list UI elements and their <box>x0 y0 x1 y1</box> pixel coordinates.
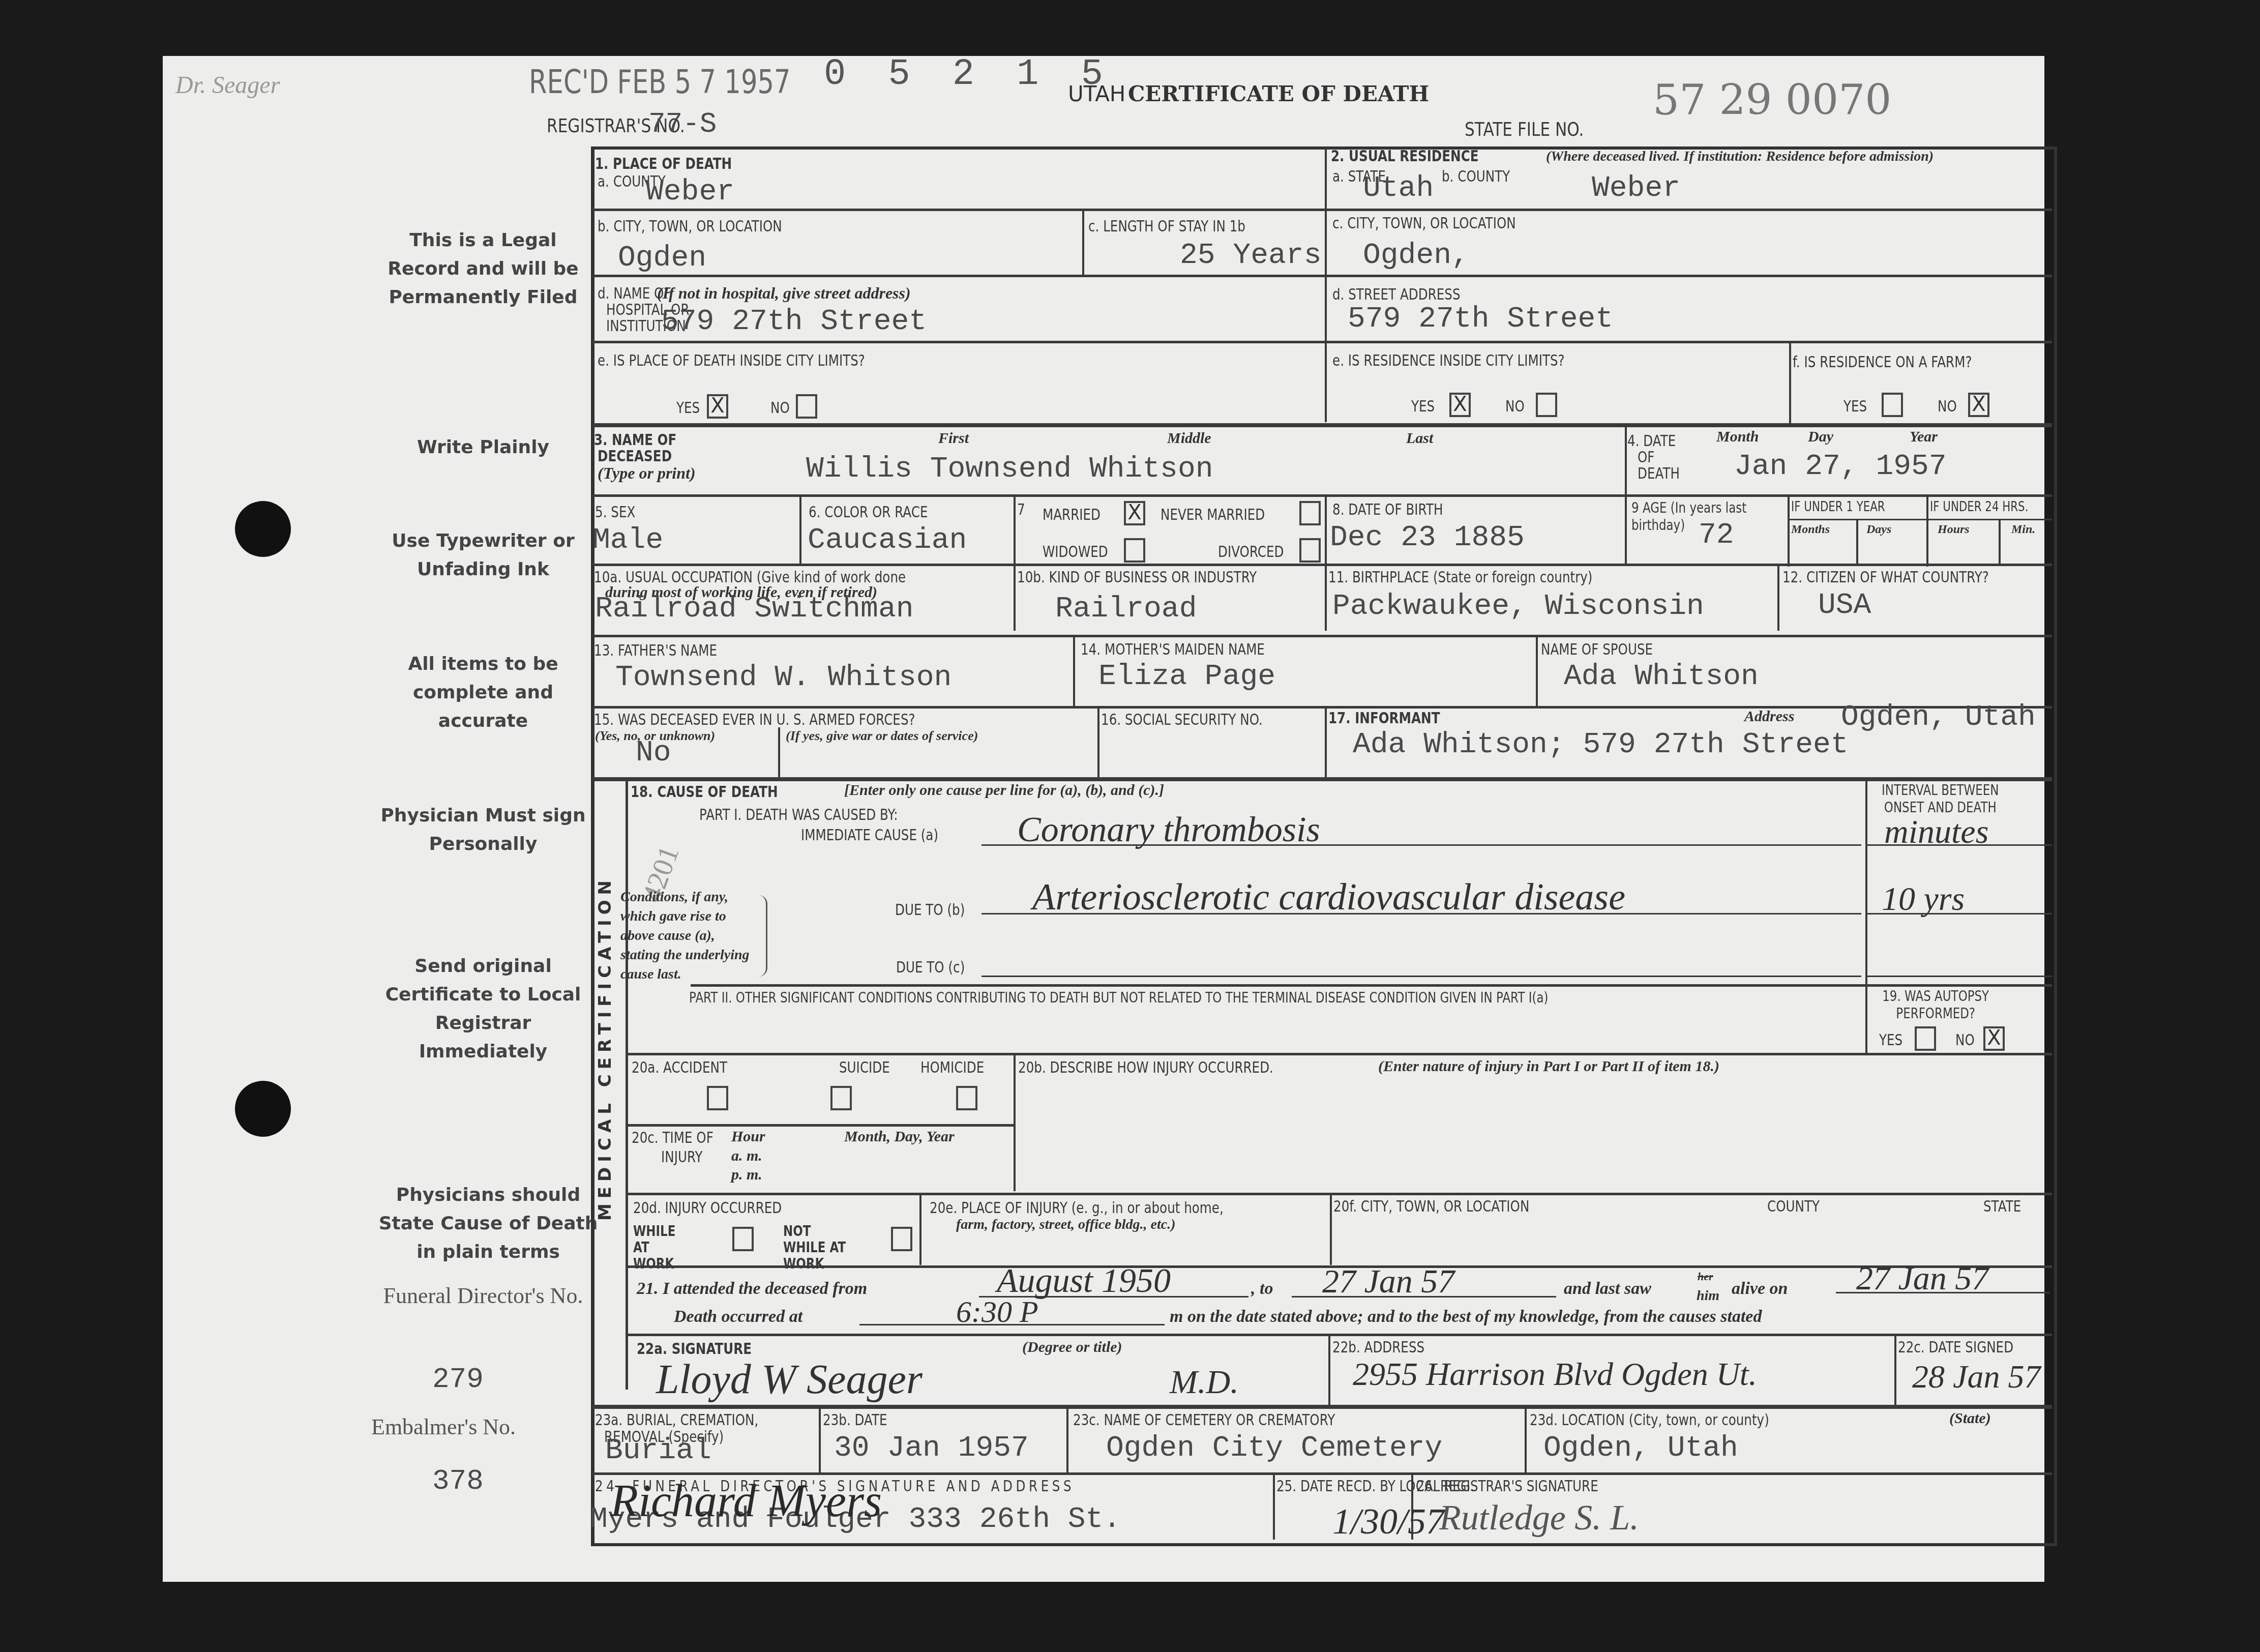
am-label: a. m. <box>731 1147 762 1165</box>
divider <box>1865 779 1867 1054</box>
informant-city-value: Ogden, Utah <box>1841 701 2036 734</box>
divider <box>1273 1473 1275 1540</box>
usual-residence-hint: (Where deceased lived. If institution: R… <box>1546 149 1934 165</box>
injury-state-label: STATE <box>1983 1198 2021 1216</box>
her-label: her <box>1698 1270 1713 1283</box>
death-occurred-at-value: 6:30 P <box>956 1294 1038 1330</box>
industry-label: 10b. KIND OF BUSINESS OR INDUSTRY <box>1017 569 1257 586</box>
length-of-stay-label: c. LENGTH OF STAY IN 1b <box>1088 218 1245 235</box>
divider <box>1926 495 1928 567</box>
state-file-label: STATE FILE NO. <box>1465 118 1584 140</box>
divider <box>592 209 2052 211</box>
divider <box>1325 495 1327 565</box>
divider <box>1325 565 1327 631</box>
attended-label: 21. I attended the deceased from <box>637 1279 867 1299</box>
usual-residence-heading: 2. USUAL RESIDENCE <box>1331 147 1479 165</box>
place-injury-hint: farm, factory, street, office bldg., etc… <box>956 1217 1176 1233</box>
divider <box>819 1408 821 1474</box>
deceased-name-label-2: DECEASED <box>598 448 672 465</box>
injury-occurred-label: 20d. INJURY OCCURRED <box>633 1199 782 1217</box>
mother-name-value: Eliza Page <box>1098 660 1275 693</box>
pm-label: p. m. <box>731 1166 762 1184</box>
spouse-label: NAME OF SPOUSE <box>1541 641 1653 659</box>
sex-label: 5. SEX <box>595 504 635 521</box>
divider <box>1014 565 1016 631</box>
embalmer-label: Embalmer's No. <box>371 1414 516 1440</box>
cause-hint: [Enter only one cause per line for (a), … <box>844 782 1164 799</box>
divider <box>627 1334 2052 1336</box>
autopsy-yes-checkbox[interactable] <box>1915 1026 1936 1051</box>
divider <box>1014 495 1016 565</box>
married-checkbox[interactable]: X <box>1124 501 1145 525</box>
date-signed-value: 28 Jan 57 <box>1912 1358 2040 1396</box>
under-24-hours-label: IF UNDER 24 HRS. <box>1930 499 2028 515</box>
divider <box>1525 1408 1527 1474</box>
bracket <box>759 895 767 977</box>
received-stamp: REC'D FEB 5 7 1957 <box>529 64 791 101</box>
industry-value: Railroad <box>1055 593 1197 626</box>
divider <box>627 1053 2052 1055</box>
residence-farm-label: f. IS RESIDENCE ON A FARM? <box>1793 353 1972 371</box>
document-title: UTAH CERTIFICATE OF DEATH <box>1068 81 1429 106</box>
marital-status-number: 7 <box>1017 501 1025 519</box>
physician-degree: M.D. <box>1170 1363 1239 1402</box>
attendance-statement: m on the date stated above; and to the b… <box>1170 1307 1762 1326</box>
death-inside-yes-label: YES <box>676 399 700 417</box>
sidebar-note-send: Send original Certificate to Local Regis… <box>376 952 590 1066</box>
residence-city-value: Ogden, <box>1363 239 1469 272</box>
place-of-death-heading: 1. PLACE OF DEATH <box>595 155 732 173</box>
sidebar-note-legal: This is a Legal Record and will be Perma… <box>376 226 590 312</box>
residence-inside-yes-checkbox[interactable]: X <box>1449 393 1471 417</box>
sidebar-note-cause: Physicians should State Cause of Death i… <box>376 1181 600 1266</box>
divider <box>1856 520 1858 566</box>
armed-service-hint: (If yes, give war or dates of service) <box>786 728 978 744</box>
immediate-cause-label: IMMEDIATE CAUSE (a) <box>801 827 938 844</box>
deceased-name-label: 3. NAME OF <box>594 431 676 449</box>
homicide-label: HOMICIDE <box>920 1059 984 1077</box>
divider <box>1788 519 2052 520</box>
hospital-value: 579 27th Street <box>661 305 927 338</box>
residence-inside-no-label: NO <box>1505 398 1525 416</box>
farm-no-checkbox[interactable]: X <box>1968 393 1989 417</box>
alive-on-label: alive on <box>1732 1279 1788 1299</box>
divider <box>592 494 2052 497</box>
physician-address-label: 22b. ADDRESS <box>1332 1339 1424 1356</box>
deceased-name-hint: (Type or print) <box>598 464 696 483</box>
death-inside-limits-label: e. IS PLACE OF DEATH INSIDE CITY LIMITS? <box>598 352 865 370</box>
residence-inside-no-checkbox[interactable] <box>1536 393 1557 417</box>
days-label: Days <box>1866 523 1891 537</box>
last-name-label: Last <box>1406 430 1433 447</box>
residence-street-label: d. STREET ADDRESS <box>1332 286 1461 304</box>
hour-label: Hour <box>731 1128 765 1145</box>
farm-yes-checkbox[interactable] <box>1882 393 1903 417</box>
divider <box>1325 707 1327 778</box>
divider <box>1866 913 2052 914</box>
due-to-b-value: Arteriosclerotic cardiovascular disease <box>1032 876 1625 919</box>
describe-injury-label: 20b. DESCRIBE HOW INJURY OCCURRED. <box>1018 1059 1273 1077</box>
divider <box>592 275 2052 277</box>
title-text: CERTIFICATE OF DEATH <box>1128 81 1429 106</box>
race-value: Caucasian <box>808 524 967 557</box>
divider <box>1866 976 2052 977</box>
part2-label: PART II. OTHER SIGNIFICANT CONDITIONS CO… <box>689 989 1548 1006</box>
accident-label: 20a. ACCIDENT <box>632 1059 727 1077</box>
death-inside-yes-checkbox[interactable]: X <box>707 394 728 419</box>
mother-name-label: 14. MOTHER'S MAIDEN NAME <box>1081 641 1265 659</box>
occupation-value: Railroad Switchman <box>595 593 914 626</box>
physician-address-value: 2955 Harrison Blvd Ogden Ut. <box>1353 1355 1757 1393</box>
accident-checkbox[interactable] <box>707 1086 728 1110</box>
divorced-label: DIVORCED <box>1218 543 1284 561</box>
immediate-cause-value: Coronary thrombosis <box>1017 810 1320 850</box>
title-prefix: UTAH <box>1068 81 1125 106</box>
divider <box>1330 1194 1332 1265</box>
sidebar-note-typewriter: Use Typewriter or Unfading Ink <box>376 527 590 584</box>
not-while-at-work-checkbox[interactable] <box>891 1227 912 1251</box>
divider <box>1014 1054 1016 1191</box>
disposition-label: 23a. BURIAL, CREMATION, <box>595 1411 758 1429</box>
divider <box>592 635 2052 637</box>
residence-county-label: b. COUNTY <box>1442 168 1510 186</box>
embalmer-number: 378 <box>432 1465 484 1497</box>
residence-county-value: Weber <box>1592 172 1680 205</box>
medical-certification-side-label: MEDICAL CERTIFICATION <box>595 875 615 1221</box>
time-injury-label: 20c. TIME OF <box>632 1129 713 1147</box>
months-label: Months <box>1791 523 1830 537</box>
alive-on-value: 27 Jan 57 <box>1856 1259 1988 1298</box>
divider <box>592 423 2052 427</box>
armed-forces-label: 15. WAS DECEASED EVER IN U. S. ARMED FOR… <box>594 711 915 729</box>
sex-value: Male <box>592 524 663 557</box>
cause-heading: 18. CAUSE OF DEATH <box>631 783 778 801</box>
divider <box>1097 707 1099 778</box>
residence-state-value: Utah <box>1363 172 1434 205</box>
corner-note: Dr. Seager <box>175 71 280 99</box>
death-city-value: Ogden <box>618 242 706 275</box>
registrar-signature-label: 26. REGISTRAR'S SIGNATURE <box>1416 1478 1598 1495</box>
informant-value: Ada Whitson; 579 27th Street <box>1353 728 1849 761</box>
divider <box>627 1124 1015 1127</box>
part1-label: PART I. DEATH WAS CAUSED BY: <box>699 806 898 824</box>
informant-label: 17. INFORMANT <box>1328 710 1440 727</box>
while-at-work-checkbox[interactable] <box>732 1227 754 1251</box>
autopsy-no-checkbox[interactable]: X <box>1983 1026 2005 1051</box>
divider <box>1066 1408 1068 1474</box>
informant-address-label: Address <box>1744 708 1794 725</box>
residence-inside-yes-label: YES <box>1411 398 1435 416</box>
ssn-label: 16. SOCIAL SECURITY NO. <box>1101 711 1263 729</box>
date-of-death-value: Jan 27, 1957 <box>1734 450 1947 483</box>
length-of-stay-value: 25 Years <box>1180 239 1321 272</box>
date-signed-label: 22c. DATE SIGNED <box>1898 1339 2013 1356</box>
widowed-label: WIDOWED <box>1043 543 1108 561</box>
divider <box>592 341 2052 343</box>
date-received-value: 1/30/57 <box>1332 1500 1444 1543</box>
date-of-death-label: 4. DATE <box>1627 432 1676 450</box>
divider <box>626 779 628 1390</box>
sidebar-note-write: Write Plainly <box>376 433 590 462</box>
death-county-value: Weber <box>646 175 734 209</box>
sidebar-note-complete: All items to be complete and accurate <box>376 650 590 735</box>
burial-date-label: 23b. DATE <box>823 1411 887 1429</box>
never-married-checkbox[interactable] <box>1299 501 1321 525</box>
birth-date-value: Dec 23 1885 <box>1330 521 1525 554</box>
homicide-checkbox[interactable] <box>956 1086 977 1110</box>
autopsy-label: 19. WAS AUTOPSY PERFORMED? <box>1869 988 2002 1022</box>
funeral-director-signature: Richard Myers <box>610 1475 882 1527</box>
armed-forces-value: No <box>636 736 671 770</box>
funeral-director-label: Funeral Director's No. <box>366 1282 600 1310</box>
father-name-value: Townsend W. Whitson <box>615 661 951 694</box>
divider <box>1536 636 1538 707</box>
suicide-checkbox[interactable] <box>830 1086 852 1110</box>
citizen-value: USA <box>1818 589 1871 622</box>
birthplace-label: 11. BIRTHPLACE (State or foreign country… <box>1328 569 1592 586</box>
divider <box>592 706 2052 709</box>
suicide-label: SUICIDE <box>839 1059 890 1077</box>
divider <box>592 777 2052 781</box>
divider <box>982 976 1861 977</box>
injury-location-label: 20f. CITY, TOWN, OR LOCATION <box>1333 1198 1529 1216</box>
due-to-b-label: DUE TO (b) <box>895 901 965 919</box>
widowed-checkbox[interactable] <box>1124 538 1145 563</box>
divider <box>627 1193 2052 1195</box>
farm-no-label: NO <box>1938 398 1957 416</box>
residence-city-label: c. CITY, TOWN, OR LOCATION <box>1332 215 1516 232</box>
under-one-year-label: IF UNDER 1 YEAR <box>1791 499 1885 515</box>
attended-to-label: , to <box>1251 1279 1273 1299</box>
injury-county-label: COUNTY <box>1767 1198 1820 1216</box>
state-file-number: 57 29 0070 <box>1653 76 1892 125</box>
disposition-value: Burial <box>605 1434 711 1467</box>
registrar-signature: Rutledge S. L. <box>1439 1498 1639 1539</box>
middle-name-label: Middle <box>1167 430 1211 447</box>
physician-signature: Lloyd W Seager <box>656 1355 923 1403</box>
father-name-label: 13. FATHER'S NAME <box>594 642 717 660</box>
age-value: 72 <box>1699 519 1734 552</box>
interval-label: INTERVAL BETWEEN ONSET AND DEATH <box>1871 782 2009 816</box>
death-inside-no-label: NO <box>770 399 790 417</box>
divider <box>919 1194 921 1265</box>
divider <box>1777 565 1779 631</box>
divider <box>1788 495 1790 567</box>
deceased-name-value: Willis Townsend Whitson <box>806 453 1213 486</box>
residence-street-value: 579 27th Street <box>1348 303 1613 336</box>
punch-hole <box>235 1081 291 1137</box>
year-label: Year <box>1910 428 1938 446</box>
residence-inside-limits-label: e. IS RESIDENCE INSIDE CITY LIMITS? <box>1332 352 1565 370</box>
divider <box>592 564 2052 566</box>
date-of-death-label-3: DEATH <box>1638 465 1680 483</box>
birth-date-label: 8. DATE OF BIRTH <box>1332 501 1443 519</box>
autopsy-yes-label: YES <box>1879 1031 1902 1049</box>
spouse-value: Ada Whitson <box>1564 660 1759 693</box>
date-of-death-label-2: OF <box>1638 449 1655 466</box>
autopsy-no-label: NO <box>1955 1031 1975 1049</box>
divider <box>1082 210 1084 276</box>
never-married-label: NEVER MARRIED <box>1161 506 1265 524</box>
divider <box>778 727 780 778</box>
divider <box>691 984 2052 987</box>
divider <box>1789 342 1791 423</box>
divider <box>1894 1335 1896 1406</box>
race-label: 6. COLOR OR RACE <box>809 504 928 521</box>
min-label: Min. <box>2011 523 2035 537</box>
sidebar-note-physician-sign: Physician Must sign Personally <box>376 802 590 859</box>
place-of-death-heading-text: 1. PLACE OF DEATH <box>595 155 732 173</box>
conditions-hint: Conditions, if any, which gave rise to a… <box>620 888 753 984</box>
burial-location-value: Ogden, Utah <box>1543 1432 1738 1465</box>
cemetery-label: 23c. NAME OF CEMETERY OR CREMATORY <box>1073 1411 1335 1429</box>
funeral-director-number: 279 <box>432 1363 484 1396</box>
death-inside-no-checkbox[interactable] <box>796 394 817 419</box>
death-occurred-at-label: Death occurred at <box>674 1307 802 1326</box>
divorced-checkbox[interactable] <box>1299 538 1321 563</box>
divider <box>1625 425 1627 496</box>
age-label: 9 AGE (In years last birthday) <box>1631 499 1757 534</box>
due-to-c-label: DUE TO (c) <box>896 959 965 977</box>
burial-location-label: 23d. LOCATION (City, town, or county) <box>1530 1411 1769 1429</box>
divider <box>799 495 801 565</box>
hours-label: Hours <box>1938 523 1970 537</box>
divider <box>1325 147 1327 422</box>
month-label: Month <box>1716 428 1759 446</box>
divider <box>1328 1335 1330 1406</box>
hospital-hint: (If not in hospital, give street address… <box>657 284 911 303</box>
describe-injury-hint: (Enter nature of injury in Part I or Par… <box>1378 1058 1719 1075</box>
him-label: him <box>1697 1288 1719 1304</box>
farm-yes-label: YES <box>1843 398 1867 416</box>
divider <box>592 1405 2052 1409</box>
burial-state-label: (State) <box>1949 1410 1991 1427</box>
cemetery-value: Ogden City Cemetery <box>1106 1432 1442 1465</box>
last-saw-label: and last saw <box>1564 1279 1651 1299</box>
divider <box>1073 636 1075 707</box>
while-at-work-label: WHILE AT WORK <box>633 1223 683 1272</box>
place-injury-label: 20e. PLACE OF INJURY (e. g., in or about… <box>930 1199 1224 1217</box>
divider <box>1866 844 2052 846</box>
month-day-year-label: Month, Day, Year <box>844 1128 955 1145</box>
day-label: Day <box>1808 428 1833 446</box>
burial-date-value: 30 Jan 1957 <box>834 1432 1029 1465</box>
not-while-at-work-label: NOT WHILE AT WORK <box>783 1223 854 1272</box>
divider <box>1999 520 2001 566</box>
first-name-label: First <box>938 430 969 447</box>
birthplace-value: Packwaukee, Wisconsin <box>1332 590 1704 623</box>
attended-to-value: 27 Jan 57 <box>1322 1262 1454 1301</box>
citizen-label: 12. CITIZEN OF WHAT COUNTRY? <box>1782 569 1989 586</box>
time-injury-label-2: INJURY <box>661 1148 702 1166</box>
married-label: MARRIED <box>1043 506 1101 524</box>
divider <box>1625 495 1627 565</box>
degree-label: (Degree or title) <box>1022 1339 1122 1356</box>
registrar-number: 77-S <box>648 108 717 140</box>
death-city-label: b. CITY, TOWN, OR LOCATION <box>598 218 782 235</box>
punch-hole <box>235 501 291 557</box>
